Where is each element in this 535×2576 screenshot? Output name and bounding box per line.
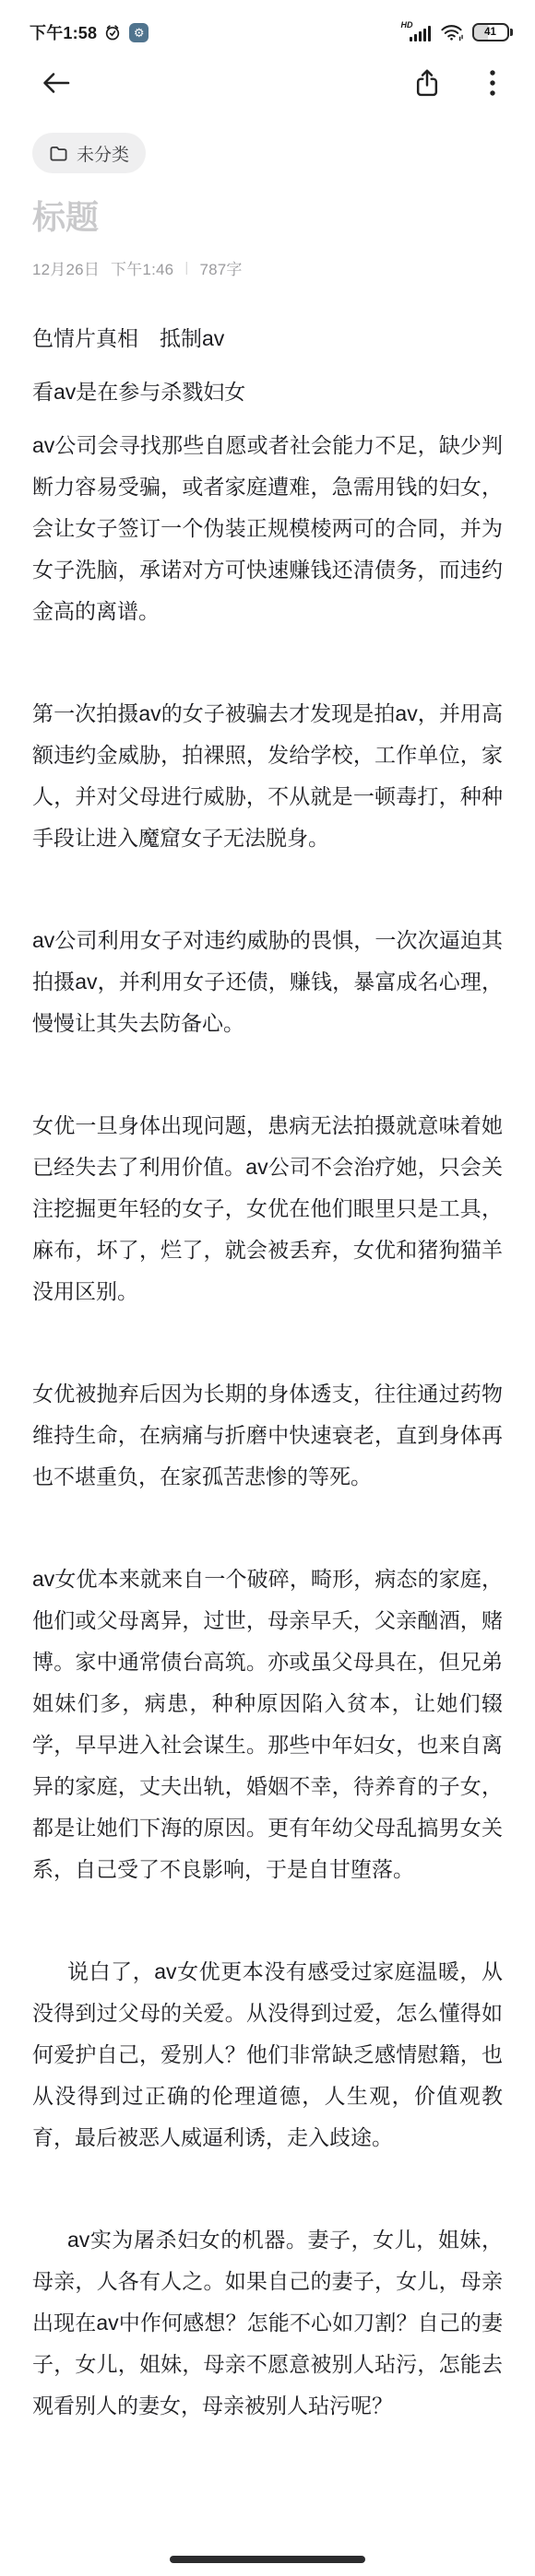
- note-paragraph[interactable]: av实为屠杀妇女的机器。妻子，女儿，姐妹，母亲，人各有人之。如果自己的妻子，女儿…: [32, 2219, 503, 2427]
- note-paragraph[interactable]: 说白了，av女优更本没有感受过家庭温暖，从没得到过父母的关爱。从没得到过爱，怎么…: [32, 1951, 503, 2158]
- category-chip-label: 未分类: [77, 141, 129, 166]
- toolbar: [0, 55, 535, 111]
- note-paragraph[interactable]: av公司会寻找那些自愿或者社会能力不足，缺少判断力容易受骗，或者家庭遭难，急需用…: [32, 425, 503, 632]
- note-paragraph[interactable]: av公司利用女子对违约威胁的畏惧，一次次逼迫其拍摄av，并利用女子还债，赚钱，暴…: [32, 920, 503, 1044]
- note-body-editor[interactable]: 色情片真相 抵制av看av是在参与杀戮妇女av公司会寻找那些自愿或者社会能力不足…: [32, 318, 503, 2427]
- note-title-input[interactable]: 标题: [32, 195, 503, 240]
- status-bar: 下午1:58 ⚙ HD: [0, 0, 535, 52]
- cellular-signal-icon: HD: [401, 21, 431, 43]
- note-paragraph[interactable]: 看av是在参与杀戮妇女: [32, 371, 503, 413]
- arrow-left-icon: [41, 69, 72, 97]
- note-paragraph[interactable]: 女优一旦身体出现问题，患病无法拍摄就意味着她已经失去了利用价值。av公司不会治疗…: [32, 1105, 503, 1312]
- note-paragraph[interactable]: 女优被抛弃后因为长期的身体透支，往往通过药物维持生命，在病痛与折磨中快速衰老，直…: [32, 1373, 503, 1498]
- back-button[interactable]: [41, 69, 72, 97]
- home-indicator[interactable]: [170, 2556, 365, 2563]
- note-date: 12月26日: [32, 256, 100, 279]
- note-meta: 12月26日 下午1:46 | 787字: [32, 256, 503, 279]
- battery-icon: 41: [472, 23, 514, 41]
- meta-separator: |: [184, 260, 188, 276]
- alarm-clock-icon: [103, 23, 122, 41]
- note-paragraph[interactable]: av女优本来就来自一个破碎，畸形，病态的家庭，他们或父母离异，过世，母亲早夭，父…: [32, 1559, 503, 1890]
- battery-percent: 41: [474, 25, 507, 40]
- note-paragraph[interactable]: 第一次拍摄av的女子被骗去才发现是拍av，并用高额违约金威胁，拍裸照，发给学校，…: [32, 693, 503, 859]
- note-word-count: 787字: [199, 256, 242, 279]
- wifi-icon: [440, 22, 463, 42]
- more-menu-button[interactable]: [489, 68, 496, 98]
- share-up-arrow-icon: [413, 68, 441, 98]
- note-time: 下午1:46: [111, 256, 173, 279]
- status-time: 下午1:58: [30, 20, 97, 44]
- folder-icon: [49, 145, 68, 162]
- gear-app-badge-icon: ⚙: [129, 23, 149, 42]
- category-chip[interactable]: 未分类: [32, 133, 146, 173]
- note-paragraph[interactable]: 色情片真相 抵制av: [32, 318, 503, 359]
- share-button[interactable]: [413, 68, 441, 98]
- kebab-menu-icon: [489, 68, 496, 98]
